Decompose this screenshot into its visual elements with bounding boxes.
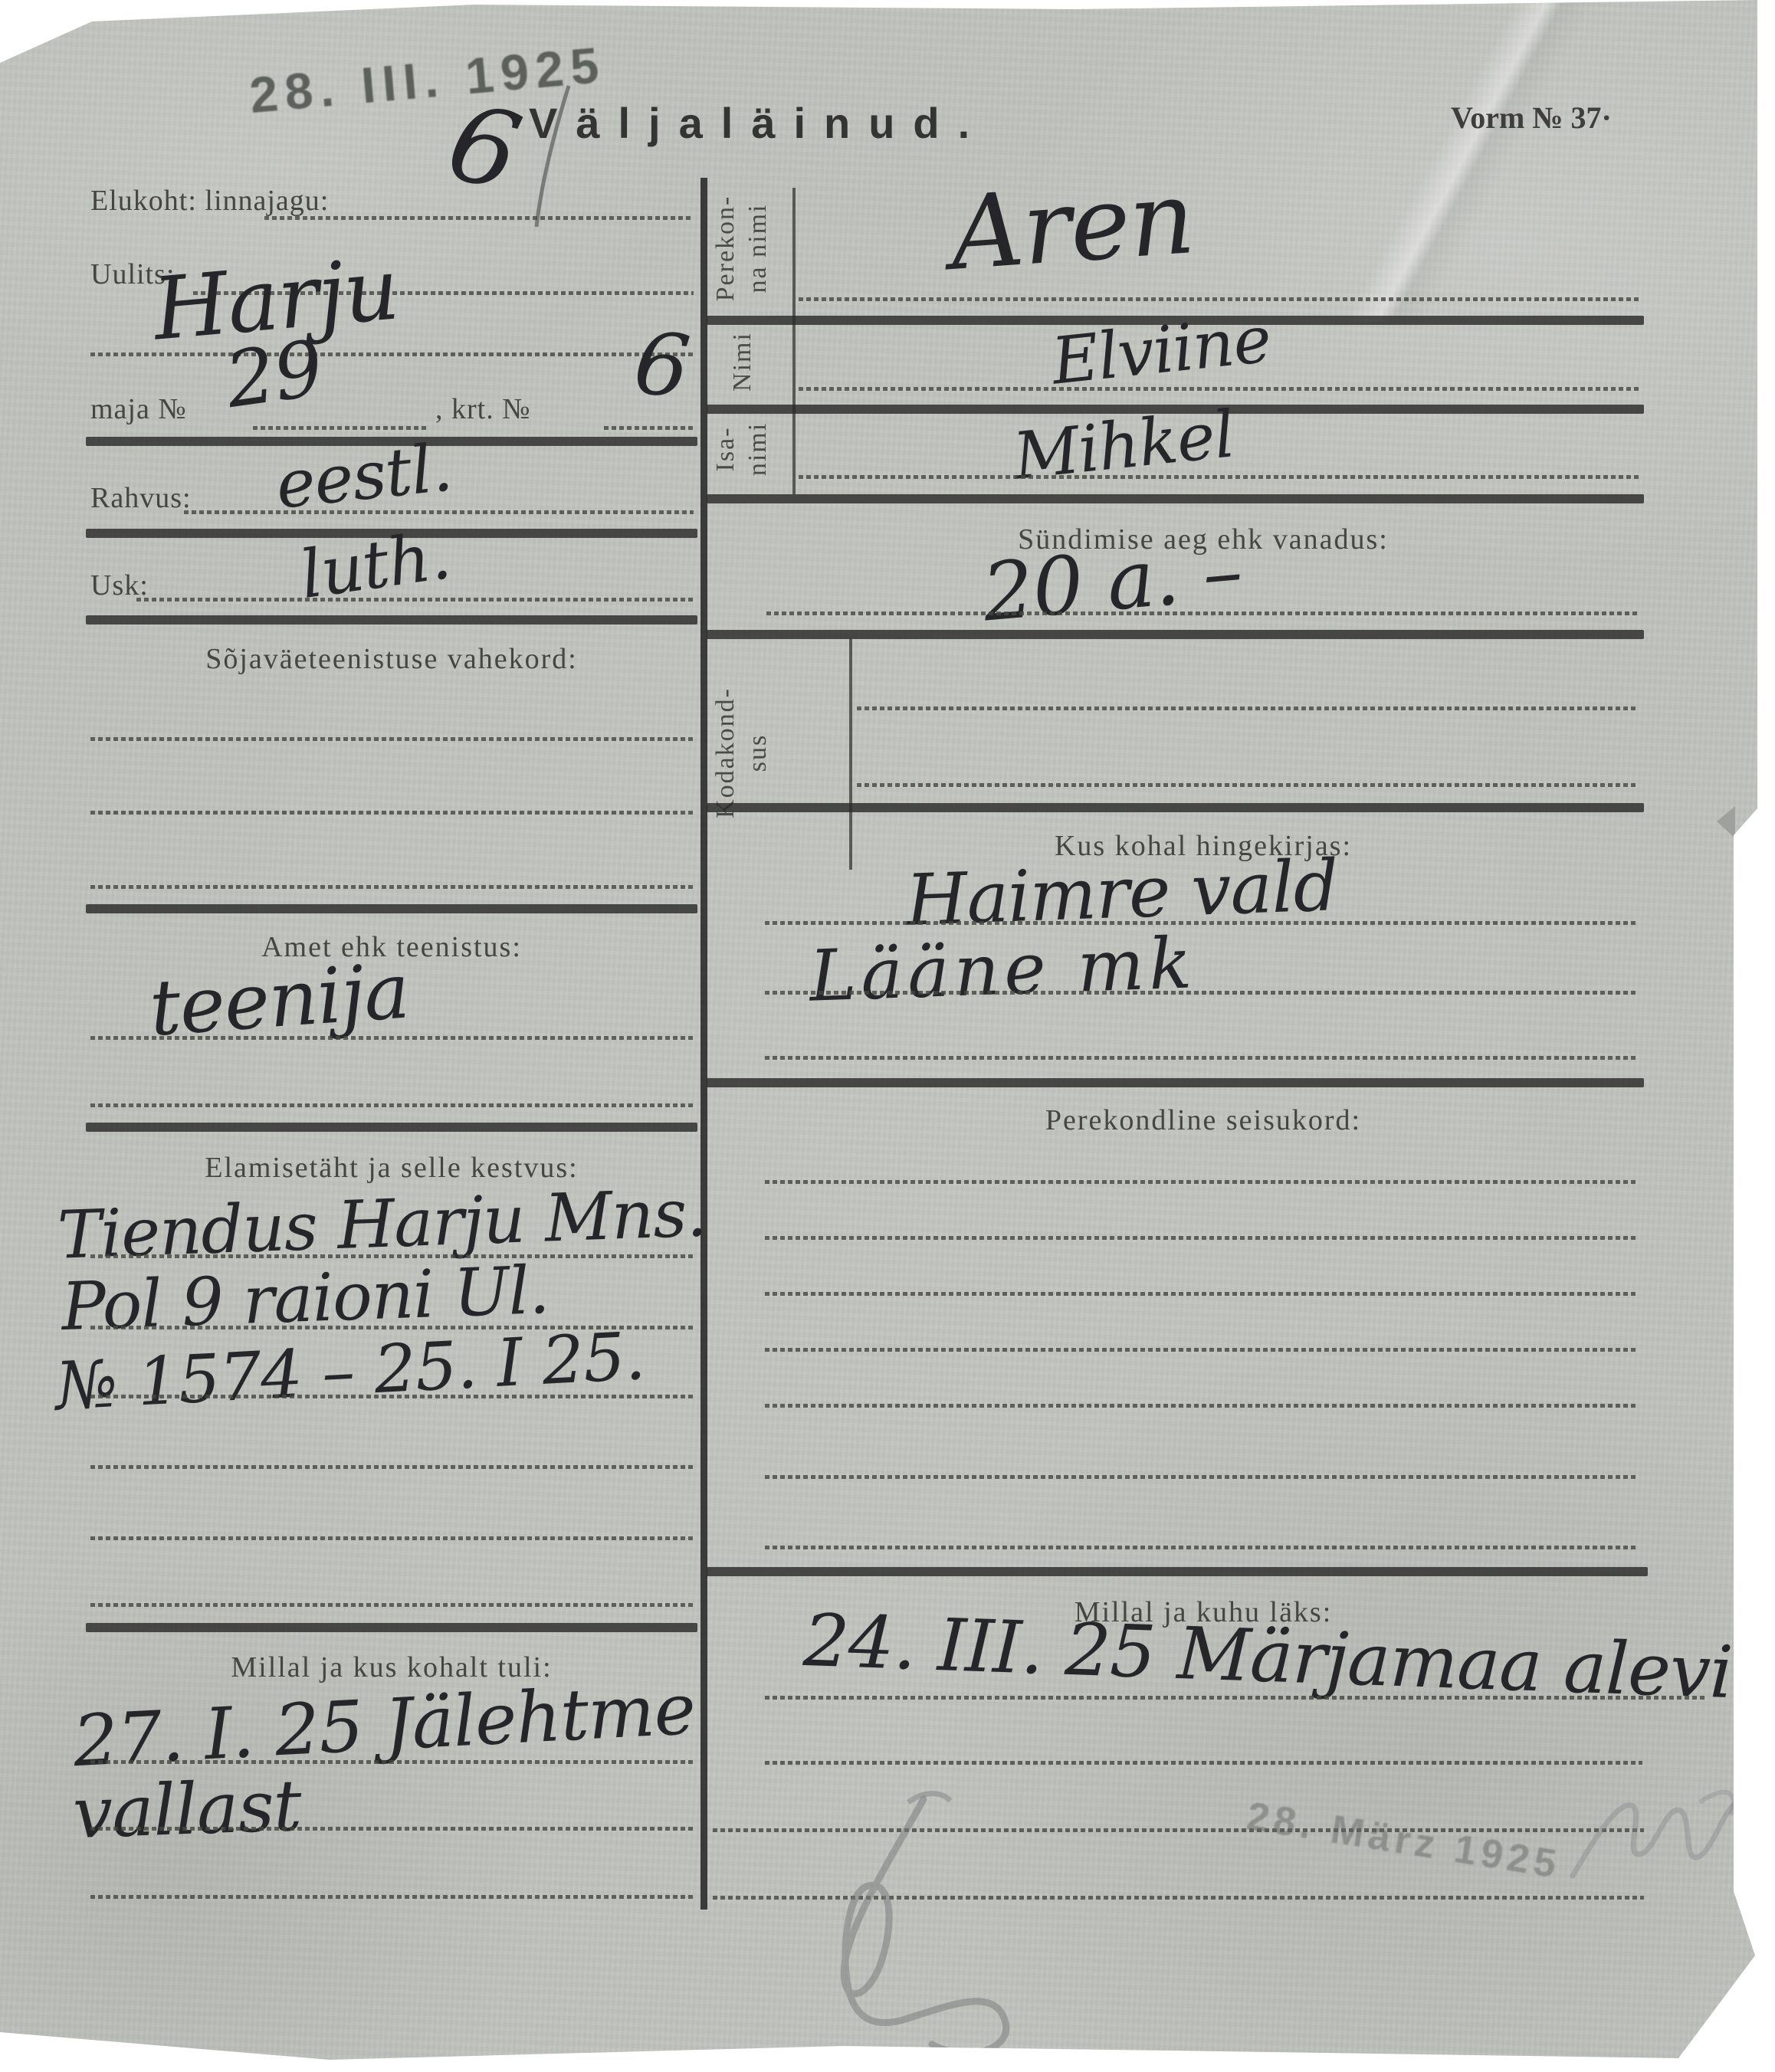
handwritten-perekonnanimi-value: Aren (947, 159, 1198, 293)
field-label-perekonnanimi-line2: na nimi (742, 184, 774, 313)
dotted-line (765, 1348, 1639, 1352)
section-divider (86, 615, 697, 625)
field-label-maja: maja № (90, 392, 187, 426)
dotted-line (765, 921, 1639, 925)
dotted-line (90, 1603, 694, 1607)
handwritten-tuli-line2: vallast (71, 1765, 302, 1854)
center-divider (700, 178, 707, 1910)
label-separator-line (792, 188, 796, 494)
section-divider (707, 494, 1644, 503)
dotted-line (253, 426, 429, 430)
paper-edge-notch (1717, 806, 1735, 838)
dotted-line (766, 611, 1639, 615)
handwritten-hingekirjas-line2: Lääne mk (808, 922, 1197, 1018)
scanned-form-page: 28. III. 1925 6 Väljaläinud. Vorm № 37· … (0, 0, 1775, 2072)
field-label-isanimi-line1: Isa- (710, 408, 742, 490)
form-number: Vorm № 37· (1451, 100, 1612, 136)
field-label-isanimi: Isa- nimi (710, 408, 774, 490)
dotted-line (713, 1896, 1644, 1900)
dotted-line (799, 297, 1639, 301)
field-label-isanimi-line2: nimi (742, 408, 774, 490)
dotted-line (799, 387, 1639, 391)
section-divider (707, 803, 1644, 812)
dotted-line (765, 1761, 1642, 1765)
section-divider (86, 904, 697, 913)
handwritten-maja-value: 29 (220, 323, 327, 425)
dotted-line (604, 426, 694, 430)
dotted-line (765, 1696, 1708, 1700)
dotted-line (90, 811, 694, 815)
handwritten-krt-value: 6 (629, 313, 693, 418)
field-label-nimi-line1: Nimi (727, 322, 759, 402)
section-divider (86, 1123, 697, 1132)
dotted-line (765, 1475, 1639, 1479)
dotted-line (765, 991, 1639, 995)
dotted-line (90, 352, 694, 356)
dotted-line (90, 1760, 694, 1764)
dotted-line (90, 1103, 694, 1107)
field-label-krt: , krt. № (435, 392, 530, 426)
dotted-line (264, 216, 694, 220)
paper-sheet: 28. III. 1925 6 Väljaläinud. Vorm № 37· … (0, 0, 1775, 2072)
field-label-kodakondsus-line1: Kodakond- (710, 640, 742, 866)
dotted-line (90, 1827, 694, 1831)
dotted-line (90, 1895, 694, 1899)
handwritten-tuli-line1: 27. I. 25 Jälehtme (71, 1668, 697, 1782)
dotted-line (765, 1292, 1639, 1296)
dotted-line (799, 475, 1639, 479)
date-stamp-bottom: 28. März 1925 (1244, 1793, 1564, 1888)
dotted-line (857, 783, 1639, 787)
field-label-rahvus: Rahvus: (90, 481, 192, 515)
field-label-elukoht: Elukoht: linnajagu: (90, 184, 329, 218)
dotted-line (90, 1536, 694, 1540)
dotted-line (184, 510, 694, 514)
field-label-nimi: Nimi (727, 322, 759, 402)
field-label-perekonnanimi-line1: Perekon- (710, 184, 742, 313)
section-divider (707, 1078, 1644, 1087)
field-label-perekonnanimi: Perekon- na nimi (710, 184, 774, 313)
dotted-line (765, 1546, 1639, 1549)
section-divider (707, 1567, 1648, 1576)
dotted-line (765, 1404, 1639, 1408)
dotted-line (90, 1036, 694, 1040)
dotted-line (90, 1465, 694, 1469)
dotted-line (90, 737, 694, 741)
dotted-line (90, 1395, 694, 1398)
dotted-line (765, 1236, 1639, 1240)
dotted-line (713, 1828, 1644, 1832)
section-divider (707, 630, 1644, 639)
section-divider (86, 1623, 697, 1632)
paper-crease (1150, 0, 1775, 322)
heading-sojavae: Sõjaväeteenistuse vahekord: (88, 642, 695, 676)
dotted-line (90, 885, 694, 889)
field-label-kodakondsus: Kodakond- sus (710, 640, 774, 866)
dotted-line (857, 707, 1639, 710)
page-title: Väljaläinud. (529, 98, 988, 148)
dotted-line (765, 1180, 1639, 1184)
dotted-line (765, 1056, 1639, 1060)
heading-perekondline: Perekondline seisukord: (766, 1103, 1640, 1137)
